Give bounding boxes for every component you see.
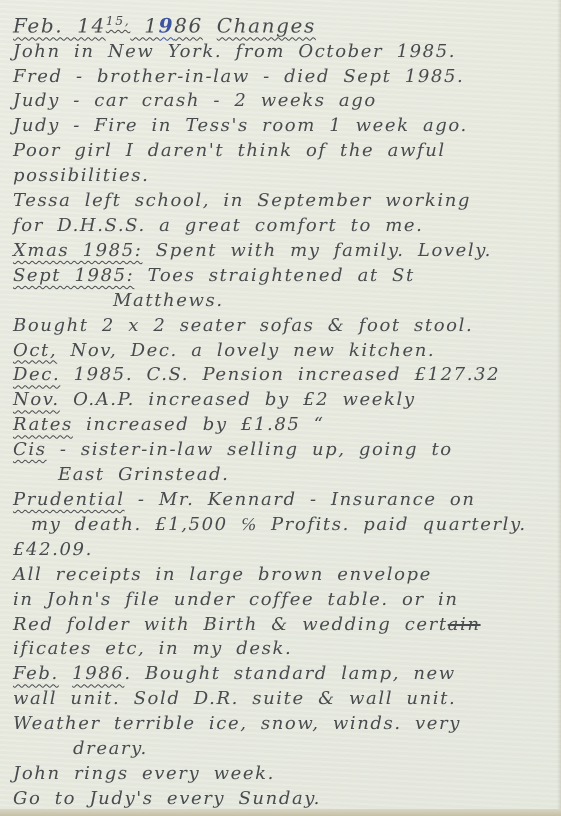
underlined-text: 1986 (72, 663, 124, 684)
handwritten-text: wall unit. Sold D.R. suite & wall unit. (13, 688, 456, 709)
diary-line: Feb. 1986. Bought standard lamp, new (13, 662, 553, 687)
underlined-text: Sept 1985: (13, 265, 134, 286)
handwritten-text: John in New York. from October 1985. (13, 41, 456, 62)
crossed-out-text: ain (448, 614, 481, 635)
handwritten-text: Nov, Dec. a lovely new kitchen. (57, 340, 435, 361)
diary-line: possibilities. (13, 164, 553, 189)
diary-line: Rates increased by £1.85 “ (13, 413, 553, 438)
handwritten-text: Judy - Fire in Tess's room 1 week ago. (13, 115, 468, 136)
diary-page: Feb. 1415, 1986 ChangesJohn in New York.… (0, 0, 561, 816)
diary-line: East Grinstead. (13, 463, 553, 488)
underlined-text: Dec. (13, 364, 60, 385)
handwritten-text: £42.09. (13, 539, 93, 560)
handwritten-text: Matthews. (113, 290, 224, 311)
diary-line: Oct, Nov, Dec. a lovely new kitchen. (13, 339, 553, 364)
diary-line: John in New York. from October 1985. (13, 40, 553, 65)
handwritten-text: dreary. (73, 738, 148, 759)
handwritten-text: - Mr. Kennard - Insurance on (125, 489, 476, 510)
diary-line: Judy - Fire in Tess's room 1 week ago. (13, 114, 553, 139)
underlined-text: Cis (13, 439, 47, 460)
handwritten-text: Go to Judy's every Sunday. (13, 788, 321, 809)
handwritten-text: East Grinstead. (58, 464, 230, 485)
diary-line: Cis - sister-in-law selling up, going to (13, 438, 553, 463)
diary-line: £42.09. (13, 538, 553, 563)
diary-line: Bought 2 x 2 seater sofas & foot stool. (13, 314, 553, 339)
underlined-text: 86 (174, 14, 203, 38)
handwritten-text (203, 14, 217, 38)
handwritten-text: . Bought standard lamp, new (124, 663, 455, 684)
diary-line: Weather terrible ice, snow, winds. very (13, 712, 553, 737)
diary-line: ificates etc, in my desk. (13, 637, 553, 662)
handwritten-text: Spent with my family. Lovely. (142, 240, 492, 261)
diary-line: wall unit. Sold D.R. suite & wall unit. (13, 687, 553, 712)
handwritten-text (59, 663, 72, 684)
diary-line: Red folder with Birth & wedding certain (13, 613, 553, 638)
underlined-text: Changes (217, 14, 316, 38)
underlined-text: Feb. (13, 663, 59, 684)
handwritten-text: Fred - brother-in-law - died Sept 1985. (13, 66, 464, 87)
handwritten-text: Poor girl I daren't think of the awful (13, 140, 446, 161)
underlined-text: 1 (130, 14, 158, 38)
handwritten-text: All receipts in large brown envelope (13, 564, 432, 585)
diary-line: for D.H.S.S. a great comfort to me. (13, 214, 553, 239)
handwritten-text: John rings every week. (13, 763, 275, 784)
underlined-text: Xmas 1985: (13, 240, 142, 261)
diary-line: my death. £1,500 ℅ Profits. paid quarter… (13, 513, 553, 538)
handwritten-text: Weather terrible ice, snow, winds. very (13, 713, 461, 734)
underlined-text: Rates (13, 414, 73, 435)
handwritten-text: my death. £1,500 ℅ Profits. paid quarter… (31, 514, 527, 535)
diary-line: dreary. (13, 737, 553, 762)
diary-line: Xmas 1985: Spent with my family. Lovely. (13, 239, 553, 264)
diary-line: All receipts in large brown envelope (13, 563, 553, 588)
diary-line: Go to Judy's every Sunday. (13, 787, 553, 812)
diary-line: Matthews. (13, 289, 553, 314)
handwritten-text: Tessa left school, in September working (13, 190, 471, 211)
diary-line: Tessa left school, in September working (13, 189, 553, 214)
page-edge-shadow (557, 0, 561, 816)
handwritten-text: 1985. C.S. Pension increased £127.32 (60, 364, 500, 385)
handwritten-text: Judy - car crash - 2 weeks ago (13, 90, 377, 111)
diary-line: Fred - brother-in-law - died Sept 1985. (13, 65, 553, 90)
handwritten-text: ificates etc, in my desk. (13, 638, 292, 659)
diary-line: Sept 1985: Toes straightened at St (13, 264, 553, 289)
diary-line: John rings every week. (13, 762, 553, 787)
underlined-text: Oct, (13, 340, 57, 361)
underlined-text: Feb. 14 (13, 14, 106, 38)
diary-title-line: Feb. 1415, 1986 Changes (13, 7, 553, 40)
handwritten-text: - sister-in-law selling up, going to (47, 439, 453, 460)
diary-line: in John's file under coffee table. or in (13, 588, 553, 613)
diary-line: Prudential - Mr. Kennard - Insurance on (13, 488, 553, 513)
diary-line: Dec. 1985. C.S. Pension increased £127.3… (13, 363, 553, 388)
handwritten-text: O.A.P. increased by £2 weekly (60, 389, 416, 410)
underlined-text: 15, (106, 13, 131, 28)
handwritten-text: Red folder with Birth & wedding cert (13, 614, 448, 635)
diary-line: Poor girl I daren't think of the awful (13, 139, 553, 164)
handwritten-text: Bought 2 x 2 seater sofas & foot stool. (13, 315, 473, 336)
handwritten-text: for D.H.S.S. a great comfort to me. (13, 215, 424, 236)
handwritten-text: possibilities. (13, 165, 149, 186)
page-bottom-edge (0, 809, 561, 816)
diary-line: Judy - car crash - 2 weeks ago (13, 89, 553, 114)
underlined-text: Nov. (13, 389, 60, 410)
underlined-text: 9 (159, 14, 175, 38)
handwritten-text: in John's file under coffee table. or in (13, 589, 459, 610)
diary-line: Nov. O.A.P. increased by £2 weekly (13, 388, 553, 413)
handwritten-text: increased by £1.85 “ (73, 414, 325, 435)
handwritten-text-block: Feb. 1415, 1986 ChangesJohn in New York.… (13, 7, 553, 812)
underlined-text: Prudential (13, 489, 125, 510)
handwritten-text: Toes straightened at St (134, 265, 414, 286)
